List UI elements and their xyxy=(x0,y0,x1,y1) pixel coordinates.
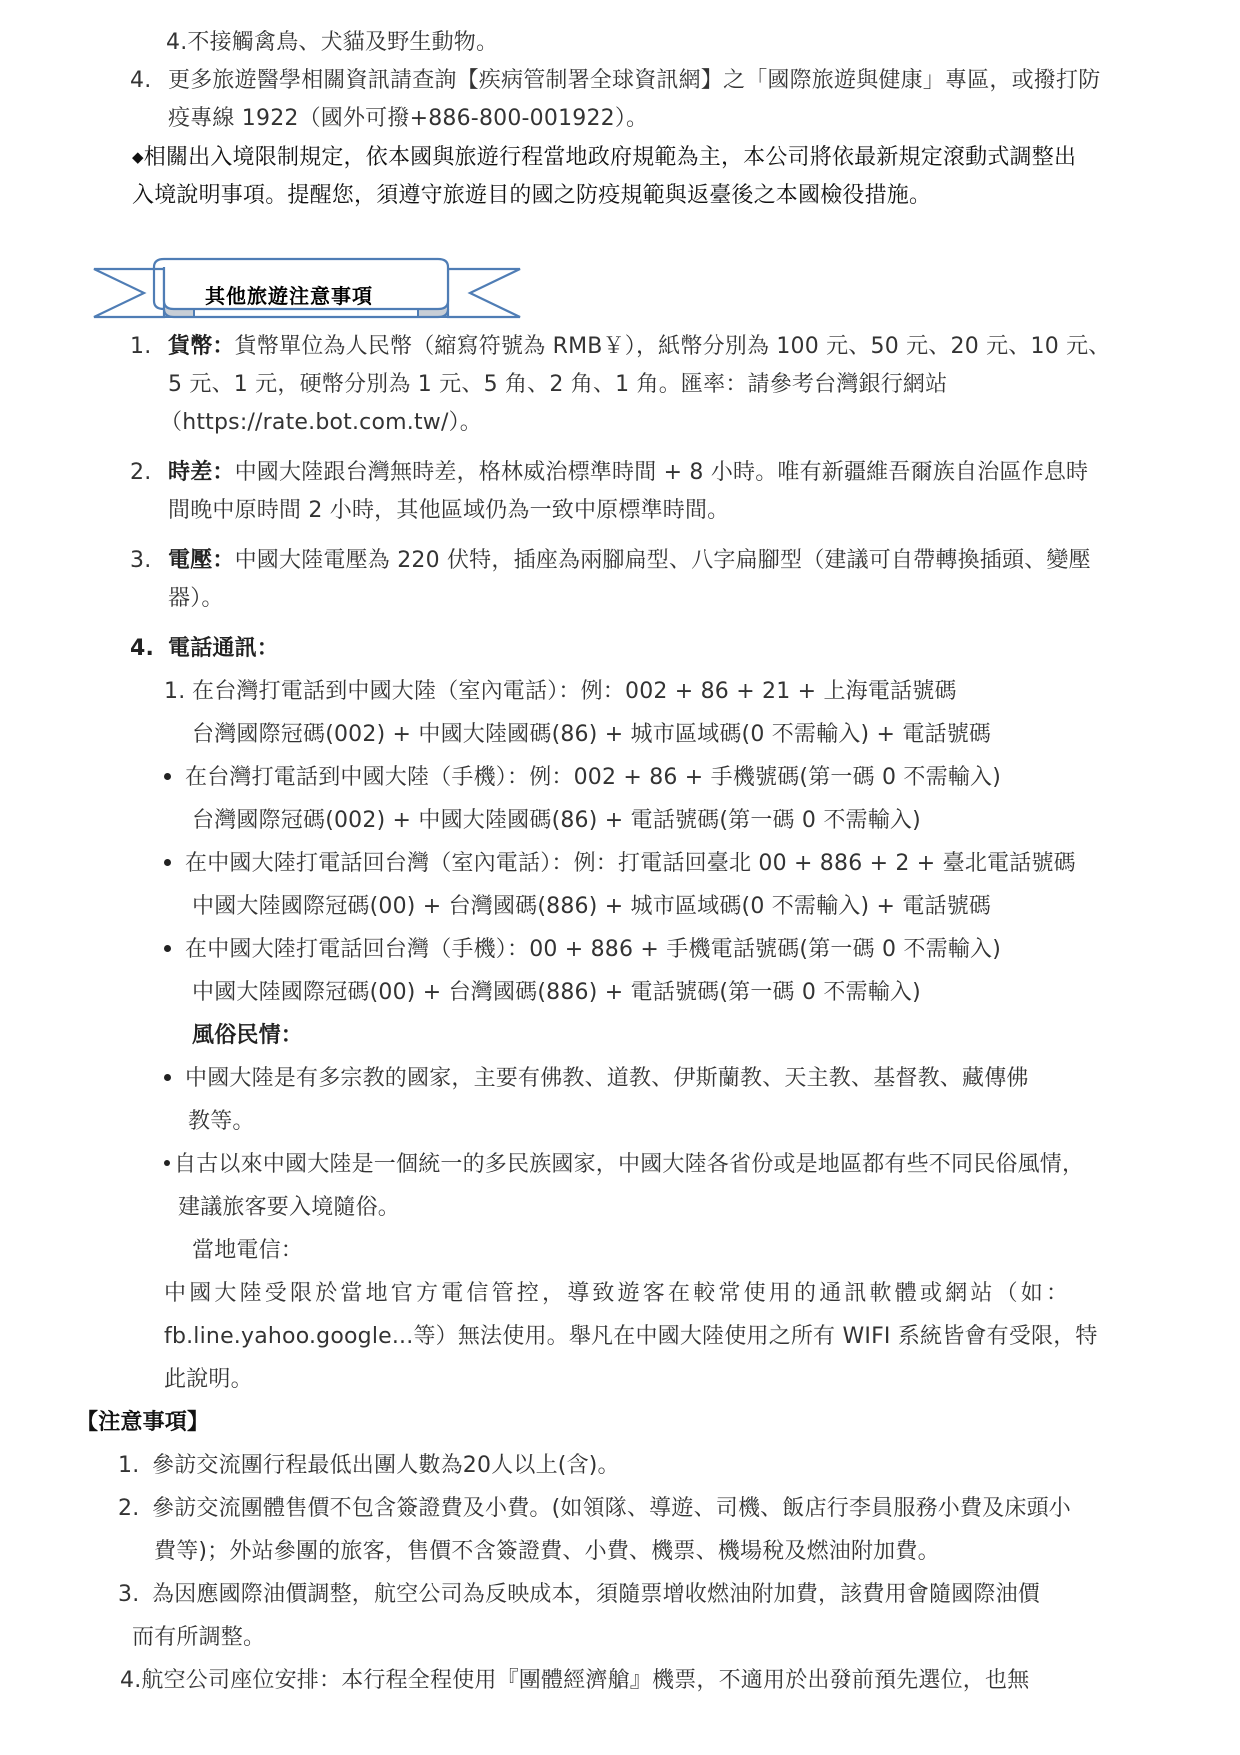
precaution-4-number: 4. xyxy=(120,1668,141,1693)
precaution-3-line1: 為因應國際油價調整，航空公司為反映成本，須隨票增收燃油附加費，該費用會隨國際油價 xyxy=(152,1580,1040,1610)
telecom-item-1-marker: 1. xyxy=(164,677,185,707)
bullet-dot-icon xyxy=(164,1074,171,1081)
currency-line1: 貨幣單位為人民幣（縮寫符號為 RMB￥），紙幣分別為 100 元、50 元、20… xyxy=(235,334,1111,359)
telecom-item-2-line1: 在台灣打電話到中國大陸（手機）：例：002 + 86 + 手機號碼(第一碼 0 … xyxy=(185,765,1001,790)
notice-line1: 相關出入境限制規定，依本國與旅遊行程當地政府規範為主，本公司將依最新規定滾動式調… xyxy=(144,145,1076,170)
bullet-dot-icon xyxy=(164,1160,170,1166)
item-4-number: 4. xyxy=(130,66,151,96)
timezone-item: 時差：中國大陸跟台灣無時差，格林威治標準時間 + 8 小時。唯有新疆維吾爾族自治… xyxy=(168,458,1088,488)
telecom-number: 4. xyxy=(130,634,154,664)
item-4-line2: 疫專線 1922（國外可撥+886-800-001922）。 xyxy=(168,104,648,134)
telecom-label: 電話通訊： xyxy=(168,634,279,664)
telecom-item-1-line2: 台灣國際冠碼(002) + 中國大陸國碼(86) + 城市區域碼(0 不需輸入)… xyxy=(192,720,991,750)
precaution-3-number: 3. xyxy=(118,1580,139,1610)
notice-line2: 入境說明事項。提醒您，須遵守旅遊目的國之防疫規範與返臺後之本國檢役措施。 xyxy=(132,181,931,211)
item-4-line1: 更多旅遊醫學相關資訊請查詢【疾病管制署全球資訊網】之「國際旅遊與健康」專區，或撥… xyxy=(168,66,1100,96)
precaution-1-line1: 參訪交流團行程最低出團人數為20人以上(含)。 xyxy=(152,1451,620,1481)
timezone-line1: 中國大陸跟台灣無時差，格林威治標準時間 + 8 小時。唯有新疆維吾爾族自治區作息… xyxy=(235,460,1089,485)
telecom-item-3: 在中國大陸打電話回台灣（室內電話）：例：打電話回臺北 00 + 886 + 2 … xyxy=(164,849,1076,879)
precaution-1-number: 1. xyxy=(118,1451,139,1481)
currency-number: 1. xyxy=(130,332,151,362)
precaution-3-line2: 而有所調整。 xyxy=(132,1623,265,1653)
timezone-number: 2. xyxy=(130,458,151,488)
telecom-item-4-line1: 在中國大陸打電話回台灣（手機）：00 + 886 + 手機電話號碼(第一碼 0 … xyxy=(185,937,1001,962)
telecom-item-4: 在中國大陸打電話回台灣（手機）：00 + 886 + 手機電話號碼(第一碼 0 … xyxy=(164,935,1001,965)
telecom-item-2-line2: 台灣國際冠碼(002) + 中國大陸國碼(86) + 電話號碼(第一碼 0 不需… xyxy=(192,806,921,836)
local-telecom-line3: 此說明。 xyxy=(164,1365,253,1395)
section-title-other-notes: 其他旅遊注意事項 xyxy=(205,283,373,309)
precaution-4-line1: 航空公司座位安排：本行程全程使用『團體經濟艙』機票，不適用於出發前預先選位，也無 xyxy=(141,1668,1029,1693)
sub-item-4: 4.不接觸禽鳥、犬貓及野生動物。 xyxy=(166,28,498,58)
bank-rate-link[interactable]: （https://rate.bot.com.tw/）。 xyxy=(160,408,482,438)
currency-label: 貨幣： xyxy=(168,334,235,359)
customs-bullet-1-line2: 教等。 xyxy=(188,1107,255,1137)
local-telecom-line1: 中國大陸受限於當地官方電信管控，導致遊客在較常使用的通訊軟體或網站（如： xyxy=(164,1279,1071,1309)
bullet-dot-icon xyxy=(164,945,171,952)
voltage-number: 3. xyxy=(130,546,151,576)
voltage-label: 電壓： xyxy=(168,548,235,573)
customs-bullet-2: 自古以來中國大陸是一個統一的多民族國家，中國大陸各省份或是地區都有些不同民俗風情… xyxy=(164,1150,1084,1180)
telecom-item-3-line2: 中國大陸國際冠碼(00) + 台灣國碼(886) + 城市區域碼(0 不需輸入)… xyxy=(192,892,991,922)
bullet-dot-icon xyxy=(164,773,171,780)
telecom-item-2: 在台灣打電話到中國大陸（手機）：例：002 + 86 + 手機號碼(第一碼 0 … xyxy=(164,763,1001,793)
telecom-item-3-line1: 在中國大陸打電話回台灣（室內電話）：例：打電話回臺北 00 + 886 + 2 … xyxy=(185,851,1076,876)
precaution-2-number: 2. xyxy=(118,1494,139,1524)
customs-bullet-2-line2: 建議旅客要入境隨俗。 xyxy=(178,1193,400,1223)
precautions-heading: 【注意事項】 xyxy=(76,1408,209,1438)
customs-bullet-1-line1: 中國大陸是有多宗教的國家，主要有佛教、道教、伊斯蘭教、天主教、基督教、藏傳佛 xyxy=(185,1066,1029,1091)
local-telecom-label: 當地電信： xyxy=(192,1236,303,1266)
timezone-label: 時差： xyxy=(168,460,235,485)
timezone-line2: 間晚中原時間 2 小時，其他區域仍為一致中原標準時間。 xyxy=(168,496,729,526)
precaution-2-line2: 費等)；外站參團的旅客，售價不含簽證費、小費、機票、機場稅及燃油附加費。 xyxy=(154,1537,940,1567)
diamond-bullet-icon: ◆ xyxy=(132,148,144,166)
voltage-line2: 器）。 xyxy=(168,584,224,614)
customs-bullet-1: 中國大陸是有多宗教的國家，主要有佛教、道教、伊斯蘭教、天主教、基督教、藏傳佛 xyxy=(164,1064,1029,1094)
voltage-line1: 中國大陸電壓為 220 伏特，插座為兩腳扁型、八字扁腳型（建議可自帶轉換插頭、變… xyxy=(235,548,1091,573)
notice-paragraph: ◆相關出入境限制規定，依本國與旅遊行程當地政府規範為主，本公司將依最新規定滾動式… xyxy=(132,143,1076,174)
bullet-dot-icon xyxy=(164,859,171,866)
local-telecom-line2: fb.line.yahoo.google...等）無法使用。舉凡在中國大陸使用之… xyxy=(164,1322,1098,1352)
precaution-4: 4.航空公司座位安排：本行程全程使用『團體經濟艙』機票，不適用於出發前預先選位，… xyxy=(120,1666,1029,1696)
voltage-item: 電壓：中國大陸電壓為 220 伏特，插座為兩腳扁型、八字扁腳型（建議可自帶轉換插… xyxy=(168,546,1091,576)
customs-label: 風俗民情： xyxy=(192,1021,303,1051)
currency-line2: 5 元、1 元，硬幣分別為 1 元、5 角、2 角、1 角。匯率：請參考台灣銀行… xyxy=(168,370,947,400)
customs-bullet-2-line1: 自古以來中國大陸是一個統一的多民族國家，中國大陸各省份或是地區都有些不同民俗風情… xyxy=(174,1152,1084,1177)
telecom-item-1-line1: 在台灣打電話到中國大陸（室內電話）：例：002 + 86 + 21 + 上海電話… xyxy=(192,677,957,707)
currency-item: 貨幣：貨幣單位為人民幣（縮寫符號為 RMB￥），紙幣分別為 100 元、50 元… xyxy=(168,332,1111,362)
precaution-2-line1: 參訪交流團體售價不包含簽證費及小費。(如領隊、導遊、司機、飯店行李員服務小費及床… xyxy=(152,1494,1071,1524)
telecom-item-4-line2: 中國大陸國際冠碼(00) + 台灣國碼(886) + 電話號碼(第一碼 0 不需… xyxy=(192,978,921,1008)
